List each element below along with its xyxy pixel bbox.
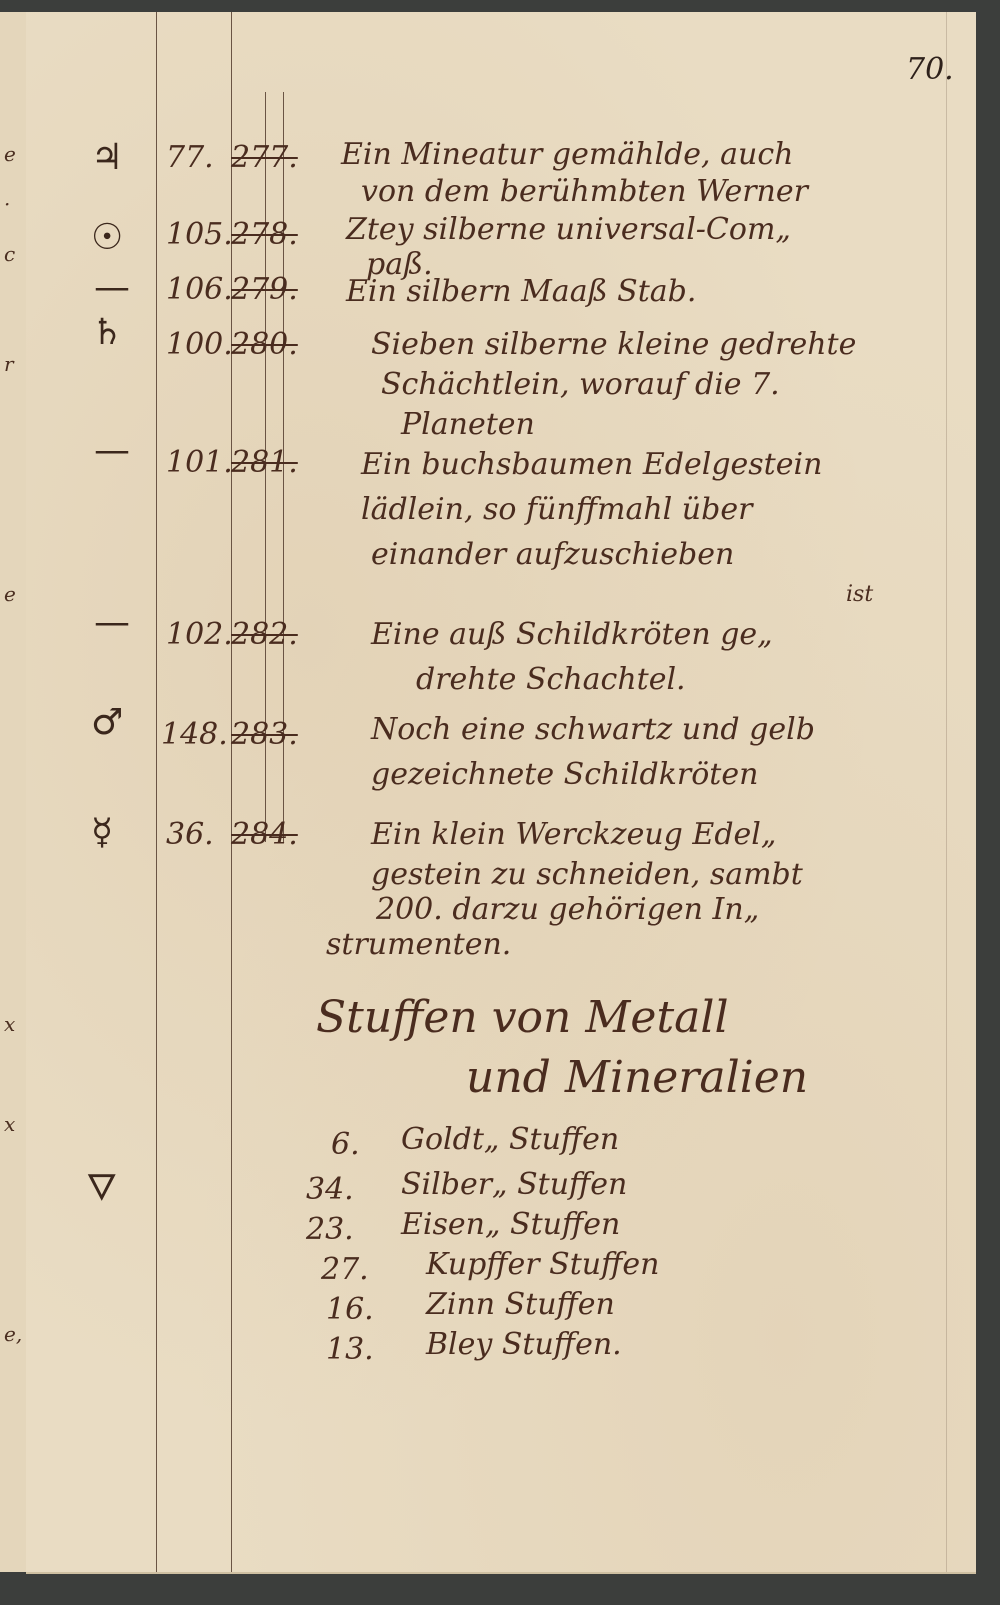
margin-rule xyxy=(946,12,947,1572)
mineral-qty: 16. xyxy=(326,1292,374,1327)
entry-text: drehte Schachtel. xyxy=(416,662,686,697)
entry-text: strumenten. xyxy=(326,927,511,962)
facing-fragment: x xyxy=(4,1112,15,1136)
entry-text: Ein silbern Maaß Stab. xyxy=(346,274,696,309)
quantity: 102. xyxy=(166,617,233,652)
entry-text: Ein klein Werckzeug Edel„ xyxy=(371,817,776,852)
mineral-label: Bley Stuffen. xyxy=(426,1327,622,1362)
saturn-lead-icon: ♄ xyxy=(91,312,123,353)
quantity: 106. xyxy=(166,272,233,307)
old-number: 284. xyxy=(231,817,298,852)
old-number: 277. xyxy=(231,140,298,175)
facing-fragment: c xyxy=(4,242,15,266)
ditto-dash-icon: — xyxy=(94,267,130,308)
mineral-label: Kupffer Stuffen xyxy=(426,1247,659,1282)
facing-fragment: x xyxy=(4,1012,15,1036)
entry-text: 200. darzu gehörigen In„ xyxy=(376,892,759,927)
entry-text: von dem berühmbten Werner xyxy=(361,174,808,209)
old-number: 278. xyxy=(231,217,298,252)
quantity: 77. xyxy=(166,140,214,175)
facing-fragment: · xyxy=(4,192,10,216)
entry-text: Eine auß Schildkröten ge„ xyxy=(371,617,773,652)
jupiter-tin-icon: ♃ xyxy=(91,137,123,178)
mineral-label: Goldt„ Stuffen xyxy=(401,1122,619,1157)
entry-text: Ztey silberne universal-Com„ xyxy=(346,212,791,247)
entry-text: lädlein, so fünffmahl über xyxy=(361,492,752,527)
quantity: 36. xyxy=(166,817,214,852)
old-number: 283. xyxy=(231,717,298,752)
mineral-qty: 13. xyxy=(326,1332,374,1367)
manuscript-page: 70. ♃ 77. 277. Ein Mineatur gemählde, au… xyxy=(26,12,976,1574)
entry-text: Sieben silberne kleine gedrehte xyxy=(371,327,856,362)
mineral-label: Eisen„ Stuffen xyxy=(401,1207,620,1242)
facing-fragment: r xyxy=(4,352,14,376)
quantity: 101. xyxy=(166,445,233,480)
entry-text: Ein Mineatur gemählde, auch xyxy=(341,137,793,172)
section-heading-line1: Stuffen von Metall xyxy=(316,992,729,1043)
ditto-dash-icon: — xyxy=(94,430,130,471)
old-number: 279. xyxy=(231,272,298,307)
entry-text: Noch eine schwartz und gelb xyxy=(371,712,815,747)
sun-gold-icon: ☉ xyxy=(91,217,123,258)
entry-text: Planeten xyxy=(401,407,535,442)
facing-fragment: e xyxy=(4,142,16,166)
entry-text: gezeichnete Schildkröten xyxy=(371,757,758,792)
facing-fragment: e, xyxy=(4,1322,22,1346)
page-number: 70. xyxy=(906,52,954,87)
mineral-label: Silber„ Stuffen xyxy=(401,1167,627,1202)
ditto-dash-icon: — xyxy=(94,602,130,643)
entry-text: ist xyxy=(846,582,873,607)
entry-text: Schächtlein, worauf die 7. xyxy=(381,367,780,402)
mercury-icon: ☿ xyxy=(91,812,113,853)
mineral-qty: 27. xyxy=(321,1252,369,1287)
facing-fragment: e xyxy=(4,582,16,606)
water-triangle-icon: 🜄 xyxy=(86,1147,117,1221)
old-number: 280. xyxy=(231,327,298,362)
mineral-qty: 23. xyxy=(306,1212,354,1247)
quantity: 100. xyxy=(166,327,233,362)
old-number: 282. xyxy=(231,617,298,652)
column-rule xyxy=(156,12,157,1572)
entry-text: Ein buchsbaumen Edelgestein xyxy=(361,447,822,482)
entry-text: einander aufzuschieben xyxy=(371,537,734,572)
mineral-qty: 6. xyxy=(331,1127,360,1162)
quantity: 148. xyxy=(161,717,228,752)
mineral-label: Zinn Stuffen xyxy=(426,1287,615,1322)
old-number: 281. xyxy=(231,445,298,480)
mineral-qty: 34. xyxy=(306,1172,354,1207)
quantity: 105. xyxy=(166,217,233,252)
section-heading-line2: und Mineralien xyxy=(466,1052,808,1103)
mars-iron-icon: ♂ xyxy=(91,702,123,743)
entry-text: gestein zu schneiden, sambt xyxy=(371,857,803,892)
